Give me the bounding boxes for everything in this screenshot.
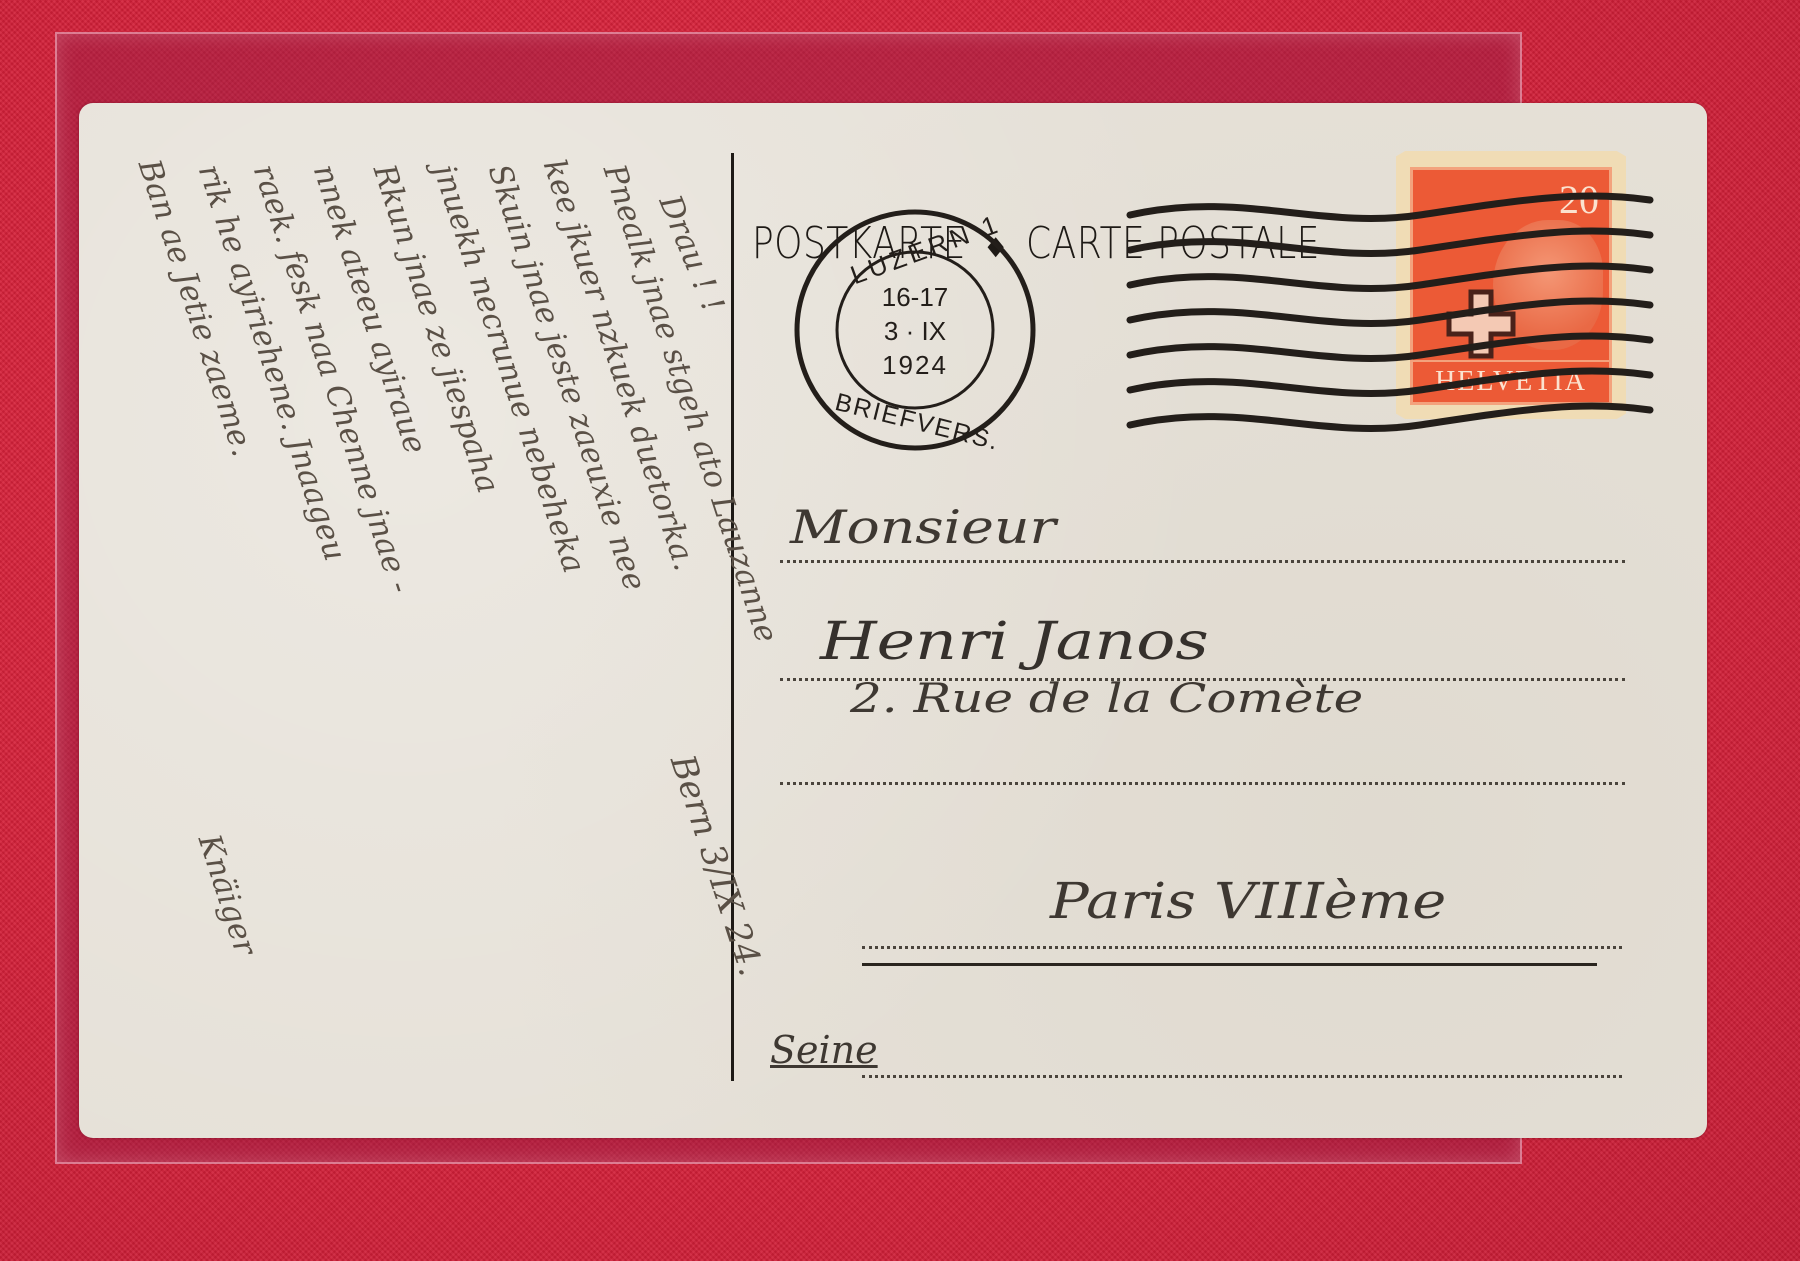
- wavy-cancel-lines-icon: [1120, 190, 1660, 450]
- address-salutation: Monsieur: [790, 500, 1056, 554]
- address-name: Henri Janos: [820, 612, 1209, 672]
- handwritten-message: Drau ! ! Pnealk jnae stgeh ato Lauzanne …: [105, 130, 715, 1110]
- address-street: 2. Rue de la Comète: [850, 676, 1363, 722]
- address-city-rule: [862, 963, 1597, 966]
- address-city: Paris VIIIème: [1050, 872, 1446, 930]
- message-signature: Knäiger: [191, 830, 264, 960]
- address-line-5: [862, 1075, 1622, 1078]
- address-line-1: [780, 560, 1625, 563]
- address-department: Seine: [770, 1028, 878, 1072]
- postmark-date: 3 · IX: [785, 316, 1045, 347]
- postmark-time: 16-17: [785, 282, 1045, 313]
- postmark-year: 1924: [785, 350, 1045, 381]
- address-line-3: [780, 782, 1625, 785]
- address-line-4: [862, 946, 1622, 949]
- circular-postmark-icon: LUZERN 1 16-17 3 · IX 1924 BRIEFVERS.: [785, 200, 1045, 460]
